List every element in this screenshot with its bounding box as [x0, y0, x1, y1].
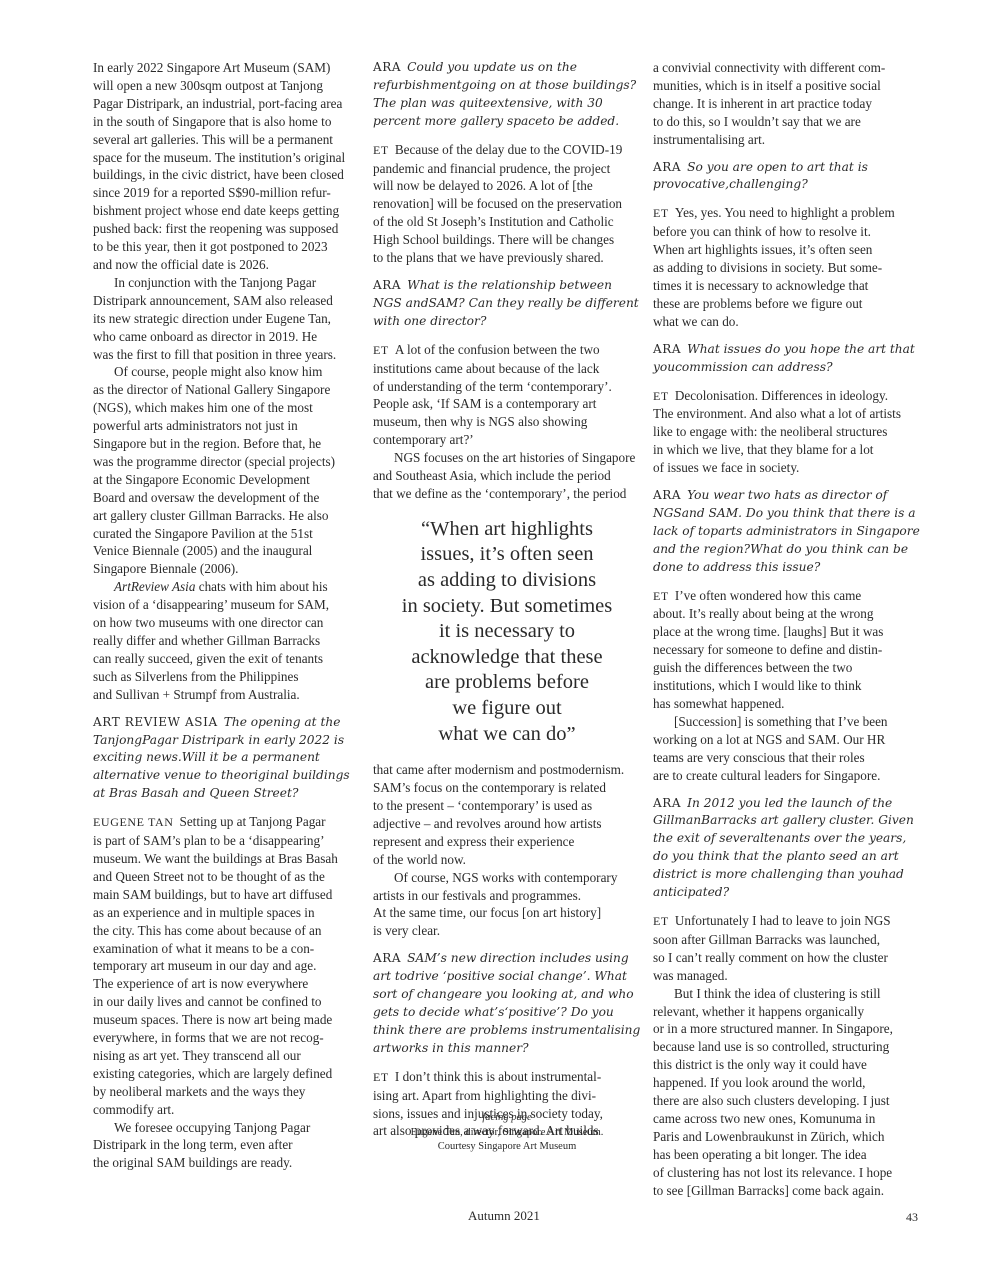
text-line: EUGENE TANSetting up at Tanjong Pagar — [93, 813, 361, 832]
line-text: museum, then why is NGS also showing — [373, 414, 587, 429]
line-text: A lot of the confusion between the two — [395, 342, 600, 357]
caption-label: facing page — [373, 1111, 641, 1126]
text-line: Of course, NGS works with contemporary — [373, 869, 641, 887]
line-text: pushed back: first the reopening was sup… — [93, 221, 338, 236]
text-line: and now the official date is 2026. — [93, 256, 361, 274]
text-line: powerful arts administrators not just in — [93, 417, 361, 435]
line-text: place at the wrong time. [laughs] But it… — [653, 624, 883, 639]
line-text: we figure out — [373, 696, 641, 722]
line-text: has somewhat happened. — [653, 696, 784, 711]
line-text: like to engage with: the neoliberal stru… — [653, 424, 887, 439]
text-line: Paris and Lowenbraukunst in Zürich, whic… — [653, 1128, 921, 1146]
answer-7-paragraph-1: ETI’ve often wondered how this cameabout… — [653, 587, 921, 713]
line-text: to see [Gillman Barracks] come back agai… — [653, 1183, 884, 1198]
line-text: NGS focuses on the art histories of Sing… — [394, 450, 635, 465]
text-line: munities, which is in itself a positive … — [653, 77, 921, 95]
caption-line-1: Eugene Tan, director, Singapore Art Muse… — [373, 1126, 641, 1141]
line-text: In conjunction with the Tanjong Pagar — [114, 275, 316, 290]
line-text: When art highlights issues, it’s often s… — [653, 242, 872, 257]
text-line: The environment. And also what a lot of … — [653, 405, 921, 423]
line-text: museum. We want the buildings at Bras Ba… — [93, 851, 338, 866]
line-text: soon after Gillman Barracks was launched… — [653, 932, 880, 947]
line-text: Decolonisation. Differences in ideology. — [675, 388, 888, 403]
text-line: as adding to divisions — [373, 568, 641, 594]
column-1: In early 2022 Singapore Art Museum (SAM)… — [93, 59, 361, 1172]
answer-4-continued: a convivial connectivity with different … — [653, 59, 921, 149]
line-text: instrumentalising art. — [653, 132, 765, 147]
text-line: its new strategic direction under Eugene… — [93, 310, 361, 328]
line-text: so I can’t really comment on how the clu… — [653, 950, 888, 965]
text-line: [Succession] is something that I’ve been — [653, 713, 921, 731]
line-text: everywhere, in forms that we are not rec… — [93, 1030, 324, 1045]
text-line: has somewhat happened. — [653, 695, 921, 713]
line-text: as the director of National Gallery Sing… — [93, 382, 330, 397]
intro-paragraph-3: Of course, people might also know himas … — [93, 363, 361, 578]
pull-quote: “When art highlightsissues, it’s often s… — [373, 517, 641, 747]
line-text: Unfortunately I had to leave to join NGS — [675, 913, 891, 928]
line-text: there are also such clusters developing.… — [653, 1093, 890, 1108]
line-text: to be added. — [542, 114, 619, 128]
line-text: on how two museums with one director can — [93, 615, 323, 630]
line-text: has been operating a bit longer. The ide… — [653, 1147, 867, 1162]
line-text: contemporary art?’ — [373, 432, 474, 447]
line-text: by neoliberal markets and the ways they — [93, 1084, 305, 1099]
question-5: ARASo you are open to art that is provoc… — [653, 159, 921, 195]
text-line: In early 2022 Singapore Art Museum (SAM) — [93, 59, 361, 77]
text-line: Singapore Biennale (2006). — [93, 560, 361, 578]
line-text: teams are very conscious that their role… — [653, 750, 865, 765]
line-text: at the Singapore Economic Development — [93, 472, 310, 487]
text-line: But I think the idea of clustering is st… — [653, 985, 921, 1003]
line-text: acknowledge that these — [373, 645, 641, 671]
text-line: in society. But sometimes — [373, 594, 641, 620]
page-number: 43 — [906, 1210, 918, 1225]
text-line: the city. This has come about because of… — [93, 922, 361, 940]
line-text: change. It is inherent in art practice t… — [653, 96, 872, 111]
text-line: Singapore but in the region. Before that… — [93, 435, 361, 453]
line-text: challenging? — [729, 177, 808, 191]
question-3: ARAWhat is the relationship between NGS … — [373, 277, 641, 331]
answer-1-paragraph-2: We foresee occupying Tanjong PagarDistri… — [93, 1119, 361, 1173]
line-text: it is necessary to — [373, 619, 641, 645]
text-line: came across two new ones, Komunuma in — [653, 1110, 921, 1128]
column-3: a convivial connectivity with different … — [653, 59, 921, 1199]
line-text: Distripark in the long term, even after — [93, 1137, 293, 1152]
line-text: Singapore Biennale (2006). — [93, 561, 238, 576]
text-line: soon after Gillman Barracks was launched… — [653, 931, 921, 949]
line-text: and Sullivan + Strumpf from Australia. — [93, 687, 300, 702]
line-text: Because of the delay due to the COVID-19 — [395, 142, 622, 157]
text-line: and Sullivan + Strumpf from Australia. — [93, 686, 361, 704]
line-text: I don’t think this is about instrumental… — [395, 1069, 601, 1084]
text-line: as an experience and in multiple spaces … — [93, 904, 361, 922]
text-line: working on a lot at NGS and SAM. Our HR — [653, 731, 921, 749]
line-text: nising as art yet. They transcend all ou… — [93, 1048, 301, 1063]
line-text: the city. This has come about because of… — [93, 923, 322, 938]
speaker-label: ARA — [373, 60, 401, 74]
line-text: In early 2022 Singapore Art Museum (SAM) — [93, 60, 330, 75]
text-line: we figure out — [373, 696, 641, 722]
text-line: place at the wrong time. [laughs] But it… — [653, 623, 921, 641]
answer-5: ETYes, yes. You need to highlight a prob… — [653, 204, 921, 330]
text-line: necessary for someone to define and dist… — [653, 641, 921, 659]
text-line: of understanding of the term ‘contempora… — [373, 378, 641, 396]
line-text: as adding to divisions in society. But s… — [653, 260, 882, 275]
issue-date: Autumn 2021 — [468, 1208, 540, 1224]
line-text: commodify art. — [93, 1102, 174, 1117]
line-text: these are problems before we figure out — [653, 296, 862, 311]
line-text: what we can do. — [653, 314, 739, 329]
line-text: happened. If you look around the world, — [653, 1075, 865, 1090]
text-line: are to create cultural leaders for Singa… — [653, 767, 921, 785]
text-line: pandemic and financial prudence, the pro… — [373, 160, 641, 178]
text-line: acknowledge that these — [373, 645, 641, 671]
speaker-label: ARA — [653, 488, 681, 502]
speaker-label: ARA — [653, 160, 681, 174]
line-text: People ask, ‘If SAM is a contemporary ar… — [373, 396, 596, 411]
line-text: several art galleries. This will be a pe… — [93, 132, 333, 147]
line-text: examination of what it means to be a con… — [93, 941, 314, 956]
line-text: such as Silverlens from the Philippines — [93, 669, 298, 684]
line-text: bishment project whose end date keeps ge… — [93, 203, 339, 218]
text-line: represent and express their experience — [373, 833, 641, 851]
line-text: The experience of art is now everywhere — [93, 976, 308, 991]
line-text: of the world now. — [373, 852, 466, 867]
text-line: Distripark in the long term, even after — [93, 1136, 361, 1154]
text-line: there are also such clusters developing.… — [653, 1092, 921, 1110]
question-1: ART REVIEW ASIAThe opening at the Tanjon… — [93, 714, 361, 804]
text-line: will open a new 300sqm outpost at Tanjon… — [93, 77, 361, 95]
line-text: or in a more structured manner. In Singa… — [653, 1021, 893, 1036]
text-line: High School buildings. There will be cha… — [373, 231, 641, 249]
line-text: in the south of Singapore that is also h… — [93, 114, 331, 129]
speaker-label: ET — [373, 143, 389, 157]
text-line: like to engage with: the neoliberal stru… — [653, 423, 921, 441]
line-text: pandemic and financial prudence, the pro… — [373, 161, 610, 176]
line-text: will open a new 300sqm outpost at Tanjon… — [93, 78, 323, 93]
line-text: what we can do” — [373, 722, 641, 748]
text-line: who came onboard as director in 2019. He — [93, 328, 361, 346]
line-text: Pagar Distripark, an industrial, port-fa… — [93, 96, 342, 111]
line-text: to the present – ‘contemporary’ is used … — [373, 798, 592, 813]
text-line: of the world now. — [373, 851, 641, 869]
text-line: buildings, in the civic district, have b… — [93, 166, 361, 184]
text-line: temporary art museum in our day and age. — [93, 957, 361, 975]
line-text: that came after modernism and postmodern… — [373, 762, 624, 777]
text-line: in which we live, that they blame for a … — [653, 441, 921, 459]
magazine-title: ArtReview Asia — [114, 579, 195, 594]
intro-p4-first-line: chats with him about his — [195, 579, 327, 594]
line-text: in which we live, that they blame for a … — [653, 442, 873, 457]
speaker-label: ARA — [653, 796, 681, 810]
intro-paragraph-2: In conjunction with the Tanjong PagarDis… — [93, 274, 361, 364]
line-text: and now the official date is 2026. — [93, 257, 269, 272]
text-line: by neoliberal markets and the ways they — [93, 1083, 361, 1101]
line-text: The environment. And also what a lot of … — [653, 406, 901, 421]
text-line: to see [Gillman Barracks] come back agai… — [653, 1182, 921, 1200]
question-4: ARASAM’s new direction includes using ar… — [373, 950, 641, 1057]
line-text: was managed. — [653, 968, 728, 983]
line-text: to the plans that we have previously sha… — [373, 250, 604, 265]
line-text: buildings, in the civic district, have b… — [93, 167, 344, 182]
text-line: At the same time, our focus [on art hist… — [373, 904, 641, 922]
text-line: “When art highlights — [373, 517, 641, 543]
line-text: guish the differences between the two — [653, 660, 852, 675]
line-text: space for the museum. The institution’s … — [93, 150, 345, 165]
answer-6: ETDecolonisation. Differences in ideolog… — [653, 387, 921, 478]
line-text: Board and oversaw the development of the — [93, 490, 319, 505]
text-line: to the present – ‘contemporary’ is used … — [373, 797, 641, 815]
line-text: and Queen Street not to be thought of as… — [93, 869, 325, 884]
answer-3-paragraph-2: NGS focuses on the art histories of Sing… — [373, 449, 641, 503]
line-text: issues, it’s often seen — [373, 542, 641, 568]
text-line: People ask, ‘If SAM is a contemporary ar… — [373, 395, 641, 413]
line-text: of clustering has not lost its relevance… — [653, 1165, 892, 1180]
line-text: necessary for someone to define and dist… — [653, 642, 882, 657]
image-caption: facing page Eugene Tan, director, Singap… — [373, 1111, 641, 1155]
line-text: adjective – and revolves around how arti… — [373, 816, 602, 831]
speaker-label: ARA — [653, 342, 681, 356]
text-line: ETDecolonisation. Differences in ideolog… — [653, 387, 921, 406]
text-line: that we define as the ‘contemporary’, th… — [373, 485, 641, 503]
text-line: so I can’t really comment on how the clu… — [653, 949, 921, 967]
text-line: contemporary art?’ — [373, 431, 641, 449]
line-text: to be this year, then it got postponed t… — [93, 239, 328, 254]
answer-7-paragraph-2: [Succession] is something that I’ve been… — [653, 713, 921, 785]
text-line: ETI don’t think this is about instrument… — [373, 1068, 641, 1087]
text-line: is part of SAM’s plan to be a ‘disappear… — [93, 832, 361, 850]
line-text: in society. But sometimes — [373, 594, 641, 620]
text-line: of clustering has not lost its relevance… — [653, 1164, 921, 1182]
line-text: as an experience and in multiple spaces … — [93, 905, 315, 920]
line-text: But I think the idea of clustering is st… — [674, 986, 881, 1001]
line-text: (NGS), which makes him one of the most — [93, 400, 313, 415]
intro-paragraph-4: ArtReview Asia chats with him about his … — [93, 578, 361, 703]
line-text: powerful arts administrators not just in — [93, 418, 298, 433]
text-line: times it is necessary to acknowledge tha… — [653, 277, 921, 295]
text-line: to do this, so I wouldn’t say that we ar… — [653, 113, 921, 131]
text-line: at the Singapore Economic Development — [93, 471, 361, 489]
text-line: the original SAM buildings are ready. — [93, 1154, 361, 1172]
line-text: Of course, people might also know him — [114, 364, 322, 379]
speaker-label: ARA — [373, 278, 401, 292]
text-line: ETYes, yes. You need to highlight a prob… — [653, 204, 921, 223]
text-line: since 2019 for a reported S$90-million r… — [93, 184, 361, 202]
line-text: the original SAM buildings are ready. — [93, 1155, 292, 1170]
line-text: about. It’s really about being at the wr… — [653, 606, 873, 621]
line-text: of understanding of the term ‘contempora… — [373, 379, 612, 394]
text-line: and Queen Street not to be thought of as… — [93, 868, 361, 886]
text-line: in the south of Singapore that is also h… — [93, 113, 361, 131]
question-7: ARAYou wear two hats as director of NGSa… — [653, 487, 921, 577]
speaker-label: ET — [373, 1070, 389, 1084]
line-text: since 2019 for a reported S$90-million r… — [93, 185, 331, 200]
text-line: was managed. — [653, 967, 921, 985]
line-text: Yes, yes. You need to highlight a proble… — [675, 205, 895, 220]
line-text: We foresee occupying Tanjong Pagar — [114, 1120, 310, 1135]
text-line: bishment project whose end date keeps ge… — [93, 202, 361, 220]
text-line: what we can do. — [653, 313, 921, 331]
text-line: has been operating a bit longer. The ide… — [653, 1146, 921, 1164]
text-line: such as Silverlens from the Philippines — [93, 668, 361, 686]
text-line: to be this year, then it got postponed t… — [93, 238, 361, 256]
text-line: happened. If you look around the world, — [653, 1074, 921, 1092]
text-line: institutions came about because of the l… — [373, 360, 641, 378]
line-text: existing categories, which are largely d… — [93, 1066, 332, 1081]
text-line: space for the museum. The institution’s … — [93, 149, 361, 167]
text-line: artists in our festivals and programmes. — [373, 887, 641, 905]
text-line: (NGS), which makes him one of the most — [93, 399, 361, 417]
text-line: is very clear. — [373, 922, 641, 940]
line-text: Of course, NGS works with contemporary — [394, 870, 617, 885]
answer-2: ETBecause of the delay due to the COVID-… — [373, 141, 641, 267]
line-text: represent and express their experience — [373, 834, 574, 849]
text-line: We foresee occupying Tanjong Pagar — [93, 1119, 361, 1137]
answer-3-paragraph-1: ETA lot of the confusion between the two… — [373, 341, 641, 449]
text-line: In conjunction with the Tanjong Pagar — [93, 274, 361, 292]
line-text: working on a lot at NGS and SAM. Our HR — [653, 732, 885, 747]
speaker-label: ARA — [373, 951, 401, 965]
speaker-label: ET — [653, 389, 669, 403]
question-6: ARAWhat issues do you hope the art that … — [653, 341, 921, 377]
line-text: I’ve often wondered how this came — [675, 588, 861, 603]
speaker-label: ET — [653, 589, 669, 603]
line-text: commission can address? — [675, 360, 832, 374]
text-line: it is necessary to — [373, 619, 641, 645]
speaker-label: ET — [653, 206, 669, 220]
line-text: in our daily lives and cannot be confine… — [93, 994, 322, 1009]
text-line: or in a more structured manner. In Singa… — [653, 1020, 921, 1038]
text-line: was the first to fill that position in t… — [93, 346, 361, 364]
text-line: The experience of art is now everywhere — [93, 975, 361, 993]
line-text: this district is the only way it could h… — [653, 1057, 867, 1072]
caption-line-2: Courtesy Singapore Art Museum — [373, 1140, 641, 1155]
text-line: relevant, whether it happens organically — [653, 1003, 921, 1021]
speaker-label: ET — [373, 343, 389, 357]
text-line: ETA lot of the confusion between the two — [373, 341, 641, 360]
line-text: Paris and Lowenbraukunst in Zürich, whic… — [653, 1129, 884, 1144]
line-text: institutions, which I would like to thin… — [653, 678, 861, 693]
line-text: as adding to divisions — [373, 568, 641, 594]
text-line: ETBecause of the delay due to the COVID-… — [373, 141, 641, 160]
text-line: change. It is inherent in art practice t… — [653, 95, 921, 113]
answer-1-paragraph-1: EUGENE TANSetting up at Tanjong Pagaris … — [93, 813, 361, 1118]
text-line: several art galleries. This will be a pe… — [93, 131, 361, 149]
text-line: what we can do” — [373, 722, 641, 748]
text-line: commission can address? — [675, 360, 832, 374]
text-line: Of course, people might also know him — [93, 363, 361, 381]
answer-3-paragraph-2-continued: that came after modernism and postmodern… — [373, 761, 641, 868]
line-text: SAM’s focus on the contemporary is relat… — [373, 780, 606, 795]
text-line: curated the Singapore Pavilion at the 51… — [93, 525, 361, 543]
speaker-label: ET — [653, 914, 669, 928]
line-text: before you can think of how to resolve i… — [653, 224, 871, 239]
line-text: and Southeast Asia, which include the pe… — [373, 468, 611, 483]
text-line: adjective – and revolves around how arti… — [373, 815, 641, 833]
text-line: and Southeast Asia, which include the pe… — [373, 467, 641, 485]
text-line: on how two museums with one director can — [93, 614, 361, 632]
text-line: When art highlights issues, it’s often s… — [653, 241, 921, 259]
text-line: to the plans that we have previously sha… — [373, 249, 641, 267]
text-line: Distripark announcement, SAM also releas… — [93, 292, 361, 310]
line-text: is part of SAM’s plan to be a ‘disappear… — [93, 833, 324, 848]
line-text: to do this, so I wouldn’t say that we ar… — [653, 114, 861, 129]
line-text: because land use is so controlled, struc… — [653, 1039, 889, 1054]
line-text: Setting up at Tanjong Pagar — [179, 814, 325, 829]
text-line: as the director of National Gallery Sing… — [93, 381, 361, 399]
line-text: that we define as the ‘contemporary’, th… — [373, 486, 626, 501]
line-text: will now be delayed to 2026. A lot of [t… — [373, 178, 593, 193]
text-line: are problems before — [373, 670, 641, 696]
text-line: institutions, which I would like to thin… — [653, 677, 921, 695]
text-line: museum. We want the buildings at Bras Ba… — [93, 850, 361, 868]
text-line: pushed back: first the reopening was sup… — [93, 220, 361, 238]
line-text: a convivial connectivity with different … — [653, 60, 885, 75]
line-text: can really succeed, given the exit of te… — [93, 651, 323, 666]
text-line: will now be delayed to 2026. A lot of [t… — [373, 177, 641, 195]
text-line: SAM’s focus on the contemporary is relat… — [373, 779, 641, 797]
answer-8-paragraph-2: But I think the idea of clustering is st… — [653, 985, 921, 1200]
line-text: main SAM buildings, but to have art diff… — [93, 887, 332, 902]
line-text: Distripark announcement, SAM also releas… — [93, 293, 333, 308]
text-line: before you can think of how to resolve i… — [653, 223, 921, 241]
line-text: times it is necessary to acknowledge tha… — [653, 278, 868, 293]
line-text: relevant, whether it happens organically — [653, 1004, 864, 1019]
text-line: instrumentalising art. — [653, 131, 921, 149]
text-line: main SAM buildings, but to have art diff… — [93, 886, 361, 904]
text-line: as adding to divisions in society. But s… — [653, 259, 921, 277]
text-line: can really succeed, given the exit of te… — [93, 650, 361, 668]
line-text: curated the Singapore Pavilion at the 51… — [93, 526, 313, 541]
line-text: of issues we face in society. — [653, 460, 799, 475]
line-text: are to create cultural leaders for Singa… — [653, 768, 880, 783]
text-line: guish the differences between the two — [653, 659, 921, 677]
speaker-label: ART REVIEW ASIA — [93, 715, 218, 729]
line-text: institutions came about because of the l… — [373, 361, 599, 376]
line-text: ising art. Apart from highlighting the d… — [373, 1088, 596, 1103]
text-line: because land use is so controlled, struc… — [653, 1038, 921, 1056]
text-line: of the old St Joseph’s Institution and C… — [373, 213, 641, 231]
line-text: of the old St Joseph’s Institution and C… — [373, 214, 614, 229]
text-line: vision of a ‘disappearing’ museum for SA… — [93, 596, 361, 614]
line-text: At the same time, our focus [on art hist… — [373, 905, 601, 920]
text-line: art gallery cluster Gillman Barracks. He… — [93, 507, 361, 525]
text-line: Pagar Distripark, an industrial, port-fa… — [93, 95, 361, 113]
line-text: really differ and whether Gillman Barrac… — [93, 633, 320, 648]
line-text: was the programme director (special proj… — [93, 454, 335, 469]
text-line: really differ and whether Gillman Barrac… — [93, 632, 361, 650]
text-line: Venice Biennale (2005) and the inaugural — [93, 542, 361, 560]
text-line: ising art. Apart from highlighting the d… — [373, 1087, 641, 1105]
question-8: ARAIn 2012 you led the launch of the Gil… — [653, 795, 921, 902]
line-text: who came onboard as director in 2019. He — [93, 329, 317, 344]
line-text: Venice Biennale (2005) and the inaugural — [93, 543, 312, 558]
text-line: a convivial connectivity with different … — [653, 59, 921, 77]
line-text: Singapore but in the region. Before that… — [93, 436, 321, 451]
text-line: to be added. — [542, 114, 619, 128]
line-text: munities, which is in itself a positive … — [653, 78, 881, 93]
text-line: everywhere, in forms that we are not rec… — [93, 1029, 361, 1047]
text-line: renovation] will be focused on the prese… — [373, 195, 641, 213]
line-text: was the first to fill that position in t… — [93, 347, 336, 362]
text-line: in our daily lives and cannot be confine… — [93, 993, 361, 1011]
text-line: nising as art yet. They transcend all ou… — [93, 1047, 361, 1065]
line-text: High School buildings. There will be cha… — [373, 232, 614, 247]
text-line: teams are very conscious that their role… — [653, 749, 921, 767]
text-line: commodify art. — [93, 1101, 361, 1119]
text-line: of issues we face in society. — [653, 459, 921, 477]
intro-paragraph-1: In early 2022 Singapore Art Museum (SAM)… — [93, 59, 361, 274]
